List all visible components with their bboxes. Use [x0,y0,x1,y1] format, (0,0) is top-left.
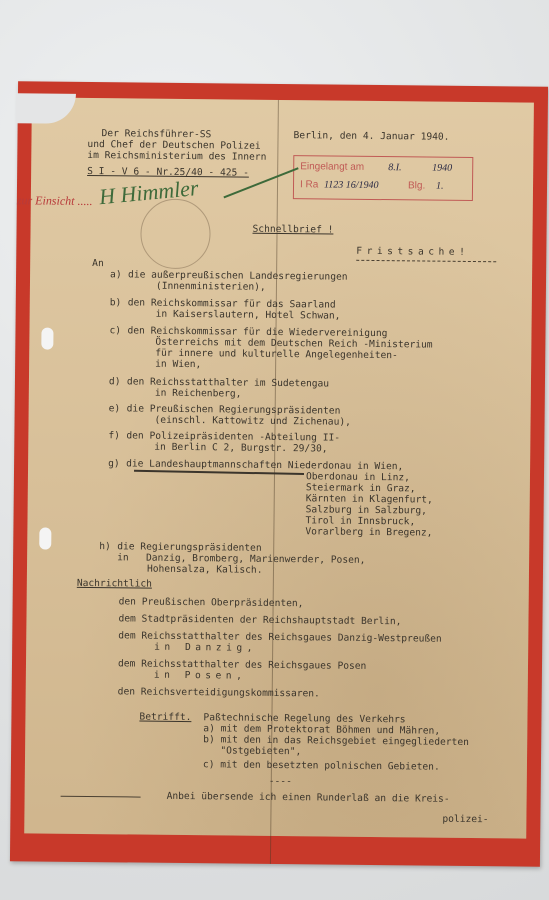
addressee-a-line: (Innenministerien), [156,281,266,293]
receipt-stamp: Eingelangt am 8.I. 1940 I Ra 1123 16/194… [293,155,473,201]
separator: ---- [269,776,292,787]
place-date: Berlin, den 4. Januar 1940. [293,130,449,143]
punch-hole-top [41,328,53,350]
deadline-underline [356,260,496,263]
addressee-marker-h: h) [99,541,111,552]
stamp-received-year: 1940 [432,163,452,174]
closing-line: Anbei übersende ich einen Runderlaß an d… [167,791,450,805]
closing-line: polizei- [442,814,488,825]
addressee-e-line: (einschl. Kattowitz und Zichenau), [154,415,350,428]
for-information-line: dem Stadtpräsidenten der Reichshauptstad… [118,613,401,627]
addressee-intro: An [92,258,104,269]
addressee-marker-f: f) [108,430,120,441]
punch-hole-bottom [39,527,51,549]
addressee-marker-b: b) [110,297,122,308]
stamp-received-date: 8.I. [388,162,401,173]
addressee-marker-a: a) [110,269,122,280]
stamp-enclosures-label: Blg. [408,180,425,191]
signature: H Himmler [99,182,199,202]
paper: Der Reichsführer-SS und Chef der Deutsch… [24,97,534,838]
addressee-g-line: Vorarlberg in Bregenz, [305,526,432,538]
subject-line: c) mit den besetzten polnischen Gebieten… [203,759,440,772]
stamp-number-label: I Ra [300,179,318,190]
stamp-received-label: Eingelangt am [300,161,364,173]
deadline-label: Fristsache! [356,246,469,258]
for-information-line: den Reichsverteidigungskommissaren. [118,686,320,699]
stamp-enclosures: 1. [436,181,444,192]
addressee-h-line: Hohensalza, Kalisch. [147,564,263,576]
for-information-line: in Posen, [154,670,247,682]
margin-dash-line [61,796,141,798]
addressee-marker-d: d) [109,376,121,387]
stamp-number: 1123 16/1940 [324,179,379,191]
document-sheet: Der Reichsführer-SS und Chef der Deutsch… [10,81,548,867]
subject-line: "Ostgebieten", [203,745,301,757]
letterhead-line-3: im Reichsministerium des Innern [87,150,266,163]
for-information-line: in Danzig, [154,642,257,654]
margin-note-zur-einsicht: zur Einsicht ..... [17,195,93,207]
faint-seal [140,199,211,270]
letter-type-schnellbrief: Schnellbrief ! [253,224,334,236]
for-information-label: Nachrichtlich [77,578,152,590]
addressee-marker-e: e) [109,403,121,414]
torn-corner [16,93,76,124]
addressee-f-line: in Berlin C 2, Burgstr. 29/30, [154,442,327,455]
addressee-marker-g: g) [108,458,120,469]
addressee-marker-c: c) [109,325,121,336]
addressee-b-line: in Kaiserslautern, Hotel Schwan, [156,309,341,322]
for-information-line: den Preußischen Oberpräsidenten, [119,596,304,609]
addressee-d-line: in Reichenberg, [155,388,242,400]
addressee-c-line: in Wien, [155,359,201,370]
subject-label: Betrifft. [139,712,191,724]
